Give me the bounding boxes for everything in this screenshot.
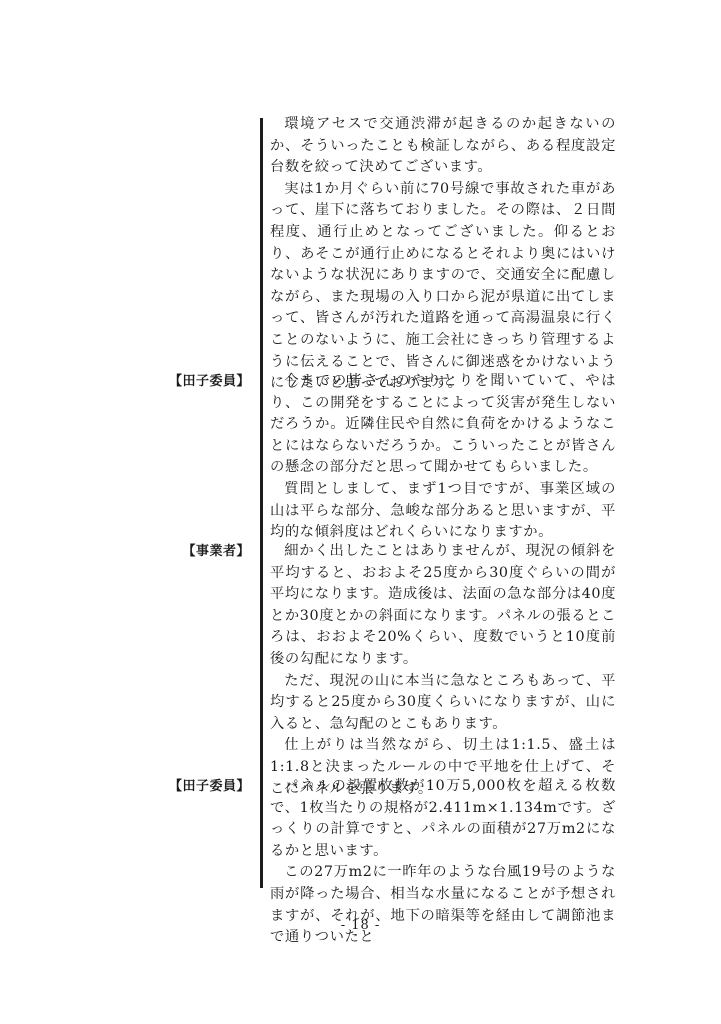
paragraph: 実は1か月ぐらい前に70号線で事故された車があって、崖下に落ちておりました。その…: [270, 179, 616, 395]
paragraph: 細かく出したことはありませんが、現況の傾斜を平均すると、おおよそ25度から30度…: [270, 541, 616, 671]
speaker-label: 【田子委員】: [150, 371, 250, 393]
page-number: - 18 -: [0, 918, 721, 933]
speaker-divider-rule: [260, 118, 263, 888]
paragraph: パネルの設置枚数が10万5,000枚を超える枚数で、1枚当たりの規格が2.411…: [270, 776, 616, 862]
paragraph: ただ、現況の山に本当に急なところもあって、平均すると25度から30度くらいになり…: [270, 671, 616, 736]
paragraph: 今までの皆さんのやりとりを聞いていて、やはり、この開発をすることによって災害が発…: [270, 371, 616, 479]
statement-text: 細かく出したことはありませんが、現況の傾斜を平均すると、おおよそ25度から30度…: [270, 541, 616, 800]
paragraph: この27万m2に一昨年のような台風19号のような雨が降った場合、相当な水量になる…: [270, 862, 616, 948]
statement-text: 今までの皆さんのやりとりを聞いていて、やはり、この開発をすることによって災害が発…: [270, 371, 616, 544]
statement-text: 環境アセスで交通渋滞が起きるのか起きないのか、そういったことも検証しながら、ある…: [270, 114, 616, 395]
speaker-label: 【事業者】: [150, 541, 250, 563]
speaker-label: 【田子委員】: [150, 776, 250, 798]
paragraph: 環境アセスで交通渋滞が起きるのか起きないのか、そういったことも検証しながら、ある…: [270, 114, 616, 179]
paragraph: 質問としまして、まず1つ目ですが、事業区域の山は平らな部分、急峻な部分あると思い…: [270, 479, 616, 544]
